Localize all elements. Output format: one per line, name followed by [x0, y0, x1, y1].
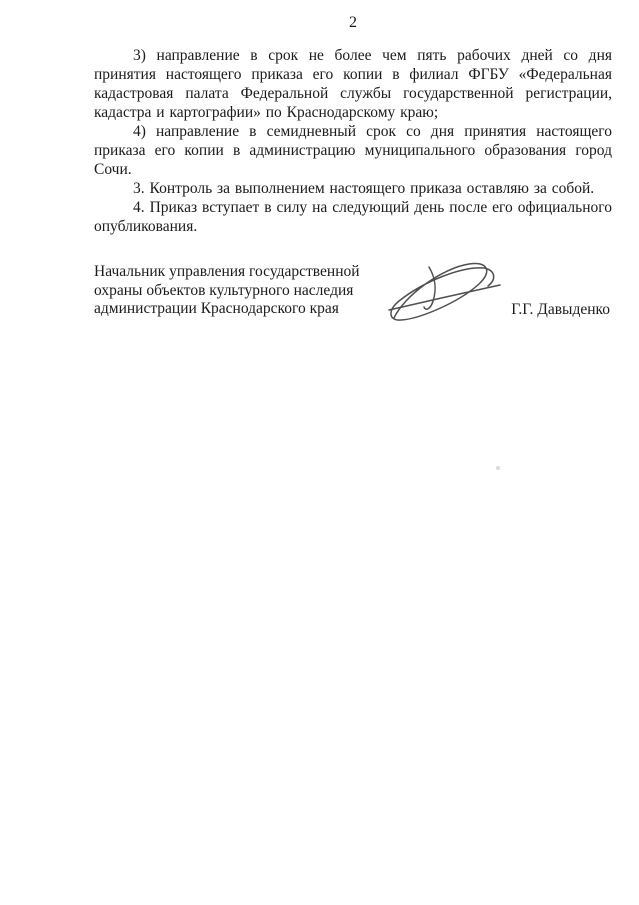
signatory-title-line-2: охраны объектов культурного наследия: [94, 282, 612, 301]
page-number: 2: [94, 13, 612, 32]
signatory-name: Г.Г. Давыденко: [511, 300, 610, 319]
document-page: 2 3) направление в срок не более чем пят…: [0, 0, 639, 905]
paragraph-control: 3. Контроль за выполнением настоящего пр…: [94, 179, 612, 198]
order-body: 3) направление в срок не более чем пять …: [94, 46, 612, 236]
handwritten-signature-icon: [382, 254, 504, 332]
scan-speck-artifact: [496, 466, 500, 470]
signatory-title-line-1: Начальник управления государственной: [94, 263, 612, 282]
text-block: 2 3) направление в срок не более чем пят…: [94, 0, 612, 393]
signature-block: Начальник управления государственной охр…: [94, 263, 612, 393]
paragraph-item-3: 3) направление в срок не более чем пять …: [94, 46, 612, 122]
paragraph-item-4: 4) направление в семидневный срок со дня…: [94, 122, 612, 179]
paragraph-entry-into-force: 4. Приказ вступает в силу на следующий д…: [94, 198, 612, 236]
